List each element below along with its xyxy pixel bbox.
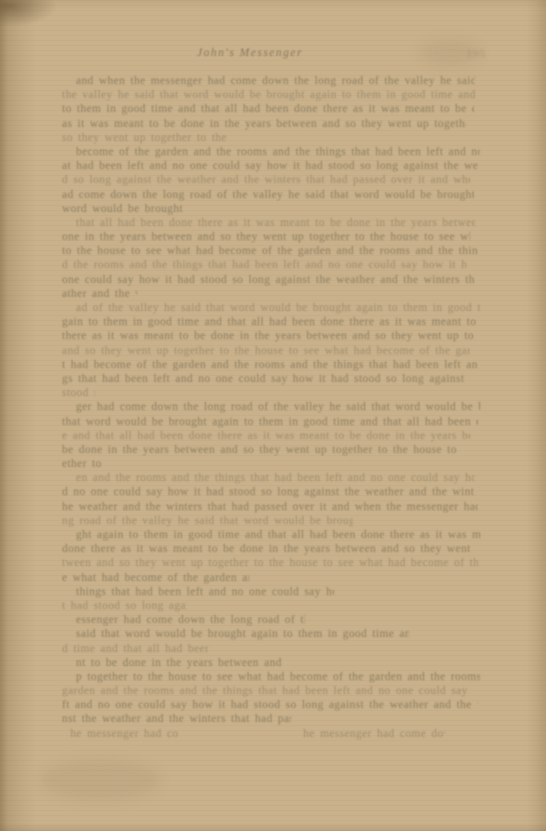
text-line: ger had come down the long road of the v… bbox=[62, 400, 480, 414]
text-line: gain to them in good time and that all h… bbox=[62, 315, 478, 329]
text-line: ether to the house to see what had becom… bbox=[62, 457, 104, 471]
text-line: and when the messenger had come down the… bbox=[62, 74, 475, 88]
text-line: ng road of the valley he said that word … bbox=[62, 514, 353, 528]
text-line: d the rooms and the things that had been… bbox=[62, 258, 466, 272]
text-line: that word would be brought again to them… bbox=[62, 415, 478, 429]
text-line: to the house to see what had become of t… bbox=[62, 244, 478, 258]
text-line: ght again to them in good time and that … bbox=[62, 528, 480, 542]
text-line: nst the weather and the winters that had… bbox=[62, 712, 291, 726]
text-line: t had stood so long against the weather … bbox=[62, 599, 187, 613]
text-line: ft and no one could say how it had stood… bbox=[62, 698, 478, 712]
book-page: John's Messenger 195 and when the messen… bbox=[0, 0, 546, 831]
text-line: he messenger had come down the he messen… bbox=[62, 727, 478, 741]
text-line: to them in good time and that all had be… bbox=[62, 102, 474, 116]
text-line: as it was meant to be done in the years … bbox=[62, 117, 466, 131]
text-line: one could say how it had stood so long a… bbox=[62, 273, 474, 287]
text-line: d so long against the weather and the wi… bbox=[62, 173, 470, 187]
text-line: t had become of the garden and the rooms… bbox=[62, 358, 478, 372]
text-line: d no one could say how it had stood so l… bbox=[62, 485, 474, 499]
body-text: and when the messenger had come down the… bbox=[62, 74, 478, 741]
text-line: tween and so they went up together to th… bbox=[62, 556, 478, 570]
running-header: John's Messenger 195 bbox=[62, 47, 438, 63]
text-line: gs that had been left and no one could s… bbox=[62, 372, 466, 386]
text-line: and so they went up together to the hous… bbox=[62, 344, 470, 358]
text-line: done there as it was meant to be done in… bbox=[62, 542, 470, 556]
text-line: nt to be done in the years between and s… bbox=[62, 656, 284, 670]
text-line: stood so long against the weather and th… bbox=[62, 386, 95, 400]
text-line: p together to the house to see what had … bbox=[62, 670, 480, 684]
text-line: that all had been done there as it was m… bbox=[62, 216, 475, 230]
text-line-segment: he messenger had come down the long road bbox=[303, 727, 444, 741]
paper-stain bbox=[40, 760, 160, 800]
text-line: ad of the valley he said that word would… bbox=[62, 301, 480, 315]
text-line: garden and the rooms and the things that… bbox=[62, 684, 470, 698]
text-line: essenger had come down the long road of … bbox=[62, 613, 305, 627]
text-line: there as it was meant to be done in the … bbox=[62, 329, 474, 343]
text-line: word would be brought again to them in g… bbox=[62, 202, 187, 216]
text-line: en and the rooms and the things that had… bbox=[62, 471, 475, 485]
text-line: said that word would be brought again to… bbox=[62, 627, 409, 641]
text-line: he weather and the winters that had pass… bbox=[62, 500, 478, 514]
text-line: ather and the winters that had passed ov… bbox=[62, 287, 137, 301]
text-line: d time and that all had been done there … bbox=[62, 642, 208, 656]
text-line: the valley he said that word would be br… bbox=[62, 88, 478, 102]
text-line: at had been left and no one could say ho… bbox=[62, 159, 478, 173]
text-line: e and that all had been done there as it… bbox=[62, 429, 470, 443]
text-line: be done in the years between and so they… bbox=[62, 443, 461, 457]
page-number: 195 bbox=[446, 48, 486, 60]
running-header-title: John's Messenger bbox=[197, 47, 303, 59]
text-line: things that had been left and no one cou… bbox=[62, 585, 334, 599]
text-line: ad come down the long road of the valley… bbox=[62, 188, 474, 202]
text-line: become of the garden and the rooms and t… bbox=[62, 145, 480, 159]
text-line-segment: he messenger had come down the bbox=[70, 727, 178, 741]
text-line: one in the years between and so they wen… bbox=[62, 230, 470, 244]
text-line: so they went up together to the house to… bbox=[62, 131, 228, 145]
text-line: e what had become of the garden and the … bbox=[62, 571, 249, 585]
